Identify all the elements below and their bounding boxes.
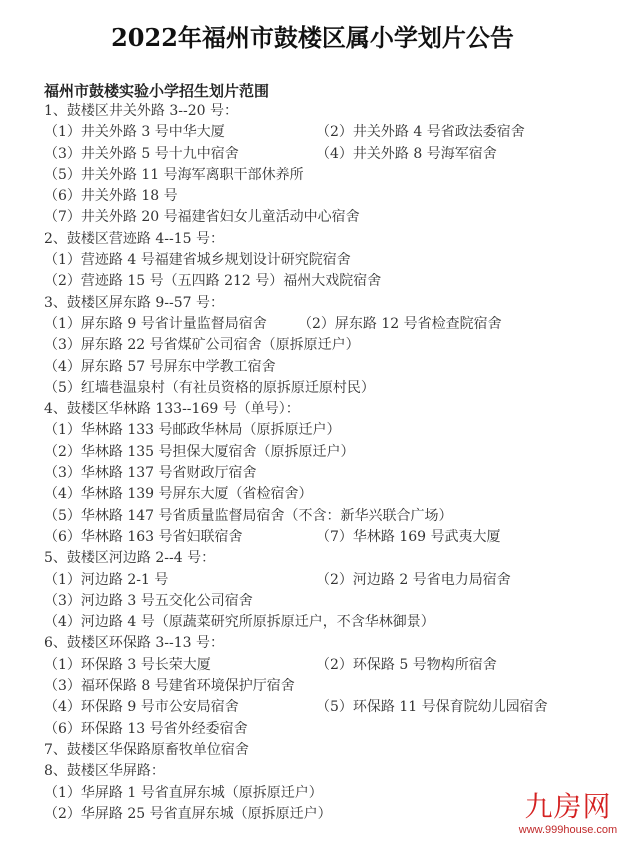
list-item: （3）福环保路 8 号建省环境保护厅宿舍 bbox=[44, 676, 295, 697]
list-item-row: （5）井关外路 11 号海军离职干部休养所 bbox=[44, 165, 614, 186]
list-item: （2）华林路 135 号担保大厦宿舍（原拆原迁户） bbox=[44, 442, 355, 463]
list-item-row: （3）屏东路 22 号省煤矿公司宿舍（原拆原迁户） bbox=[44, 335, 614, 356]
list-item-row: （4）华林路 139 号屏东大厦（省检宿舍） bbox=[44, 484, 614, 505]
list-item-row: （4）环保路 9 号市公安局宿舍（5）环保路 11 号保育院幼儿园宿舍 bbox=[44, 697, 614, 718]
list-item: （1）河边路 2-1 号 bbox=[44, 570, 168, 591]
list-item-row: （2）营迹路 15 号（五四路 212 号）福州大戏院宿舍 bbox=[44, 271, 614, 292]
list-item: （6）井关外路 18 号 bbox=[44, 186, 178, 207]
list-item-row: （1）河边路 2-1 号（2）河边路 2 号省电力局宿舍 bbox=[44, 570, 614, 591]
watermark: 九房网 www.999house.com bbox=[514, 791, 622, 837]
list-item: （7）井关外路 20 号福建省妇女儿童活动中心宿舍 bbox=[44, 207, 360, 228]
list-item-row: （4）屏东路 57 号屏东中学教工宿舍 bbox=[44, 357, 614, 378]
list-item-row: （6）井关外路 18 号 bbox=[44, 186, 614, 207]
section-heading: 8、鼓楼区华屏路： bbox=[44, 761, 614, 782]
section-heading: 6、鼓楼区环保路 3--13 号： bbox=[44, 633, 614, 654]
list-item-row: （1）井关外路 3 号中华大厦（2）井关外路 4 号省政法委宿舍 bbox=[44, 122, 614, 143]
zoning-list: 1、鼓楼区井关外路 3--20 号：（1）井关外路 3 号中华大厦（2）井关外路… bbox=[44, 101, 614, 825]
list-item: （1）华林路 133 号邮政华林局（原拆原迁户） bbox=[44, 420, 341, 441]
section-heading: 7、鼓楼区华保路原畜牧单位宿舍 bbox=[44, 740, 614, 761]
list-item: （6）环保路 13 号省外经委宿舍 bbox=[44, 719, 248, 740]
section-heading: 4、鼓楼区华林路 133--169 号（单号）： bbox=[44, 399, 614, 420]
list-item: （1）环保路 3 号长荣大厦 bbox=[44, 655, 211, 676]
list-item: （1）井关外路 3 号中华大厦 bbox=[44, 122, 225, 143]
list-item-row: （1）营迹路 4 号福建省城乡规划设计研究院宿舍 bbox=[44, 250, 614, 271]
list-item-row: （1）华林路 133 号邮政华林局（原拆原迁户） bbox=[44, 420, 614, 441]
section-heading: 2、鼓楼区营迹路 4--15 号： bbox=[44, 229, 614, 250]
list-item: （2）河边路 2 号省电力局宿舍 bbox=[316, 570, 511, 591]
list-item-row: （7）井关外路 20 号福建省妇女儿童活动中心宿舍 bbox=[44, 207, 614, 228]
list-item-row: （1）屏东路 9 号省计量监督局宿舍（2）屏东路 12 号省检查院宿舍 bbox=[44, 314, 614, 335]
list-item-row: （5）红墙巷温泉村（有社员资格的原拆原迁原村民） bbox=[44, 378, 614, 399]
list-item: （4）屏东路 57 号屏东中学教工宿舍 bbox=[44, 357, 276, 378]
list-item: （4）华林路 139 号屏东大厦（省检宿舍） bbox=[44, 484, 313, 505]
list-item-row: （4）河边路 4 号（原蔬菜研究所原拆原迁户，不含华林御景） bbox=[44, 612, 614, 633]
list-item-row: （1）环保路 3 号长荣大厦（2）环保路 5 号物构所宿舍 bbox=[44, 655, 614, 676]
list-item: （5）环保路 11 号保育院幼儿园宿舍 bbox=[316, 697, 548, 718]
list-item: （2）屏东路 12 号省检查院宿舍 bbox=[298, 314, 502, 335]
list-item: （1）屏东路 9 号省计量监督局宿舍 bbox=[44, 314, 267, 335]
list-item: （4）井关外路 8 号海军宿舍 bbox=[316, 144, 497, 165]
list-item: （1）营迹路 4 号福建省城乡规划设计研究院宿舍 bbox=[44, 250, 351, 271]
list-item: （2）营迹路 15 号（五四路 212 号）福州大戏院宿舍 bbox=[44, 271, 381, 292]
school-subtitle: 福州市鼓楼实验小学招生划片范围 bbox=[44, 80, 269, 101]
list-item-row: （2）华林路 135 号担保大厦宿舍（原拆原迁户） bbox=[44, 442, 614, 463]
list-item: （5）井关外路 11 号海军离职干部休养所 bbox=[44, 165, 304, 186]
list-item: （5）红墙巷温泉村（有社员资格的原拆原迁原村民） bbox=[44, 378, 375, 399]
list-item-row: （3）井关外路 5 号十九中宿舍（4）井关外路 8 号海军宿舍 bbox=[44, 144, 614, 165]
section-heading: 5、鼓楼区河边路 2--4 号： bbox=[44, 548, 614, 569]
watermark-url: www.999house.com bbox=[514, 823, 622, 837]
section-heading: 1、鼓楼区井关外路 3--20 号： bbox=[44, 101, 614, 122]
watermark-logo: 九房网 bbox=[514, 791, 622, 823]
list-item: （7）华林路 169 号武夷大厦 bbox=[316, 527, 501, 548]
list-item: （3）井关外路 5 号十九中宿舍 bbox=[44, 144, 239, 165]
list-item: （3）河边路 3 号五交化公司宿舍 bbox=[44, 591, 253, 612]
list-item-row: （6）华林路 163 号省妇联宿舍（7）华林路 169 号武夷大厦 bbox=[44, 527, 614, 548]
list-item: （2）井关外路 4 号省政法委宿舍 bbox=[316, 122, 525, 143]
list-item: （3）屏东路 22 号省煤矿公司宿舍（原拆原迁户） bbox=[44, 335, 360, 356]
list-item-row: （3）福环保路 8 号建省环境保护厅宿舍 bbox=[44, 676, 614, 697]
list-item: （2）环保路 5 号物构所宿舍 bbox=[316, 655, 497, 676]
list-item-row: （3）河边路 3 号五交化公司宿舍 bbox=[44, 591, 614, 612]
list-item-row: （3）华林路 137 号省财政厅宿舍 bbox=[44, 463, 614, 484]
list-item: （5）华林路 147 号省质量监督局宿舍（不含：新华兴联合广场） bbox=[44, 506, 453, 527]
list-item: （2）华屏路 25 号省直屏东城（原拆原迁户） bbox=[44, 804, 332, 825]
document-title: 2022年福州市鼓楼区属小学划片公告 bbox=[0, 18, 625, 53]
list-item: （1）华屏路 1 号省直屏东城（原拆原迁户） bbox=[44, 783, 323, 804]
list-item: （4）环保路 9 号市公安局宿舍 bbox=[44, 697, 239, 718]
list-item-row: （5）华林路 147 号省质量监督局宿舍（不含：新华兴联合广场） bbox=[44, 506, 614, 527]
section-heading: 3、鼓楼区屏东路 9--57 号： bbox=[44, 293, 614, 314]
list-item-row: （6）环保路 13 号省外经委宿舍 bbox=[44, 719, 614, 740]
list-item: （6）华林路 163 号省妇联宿舍 bbox=[44, 527, 243, 548]
list-item: （4）河边路 4 号（原蔬菜研究所原拆原迁户，不含华林御景） bbox=[44, 612, 435, 633]
list-item: （3）华林路 137 号省财政厅宿舍 bbox=[44, 463, 257, 484]
